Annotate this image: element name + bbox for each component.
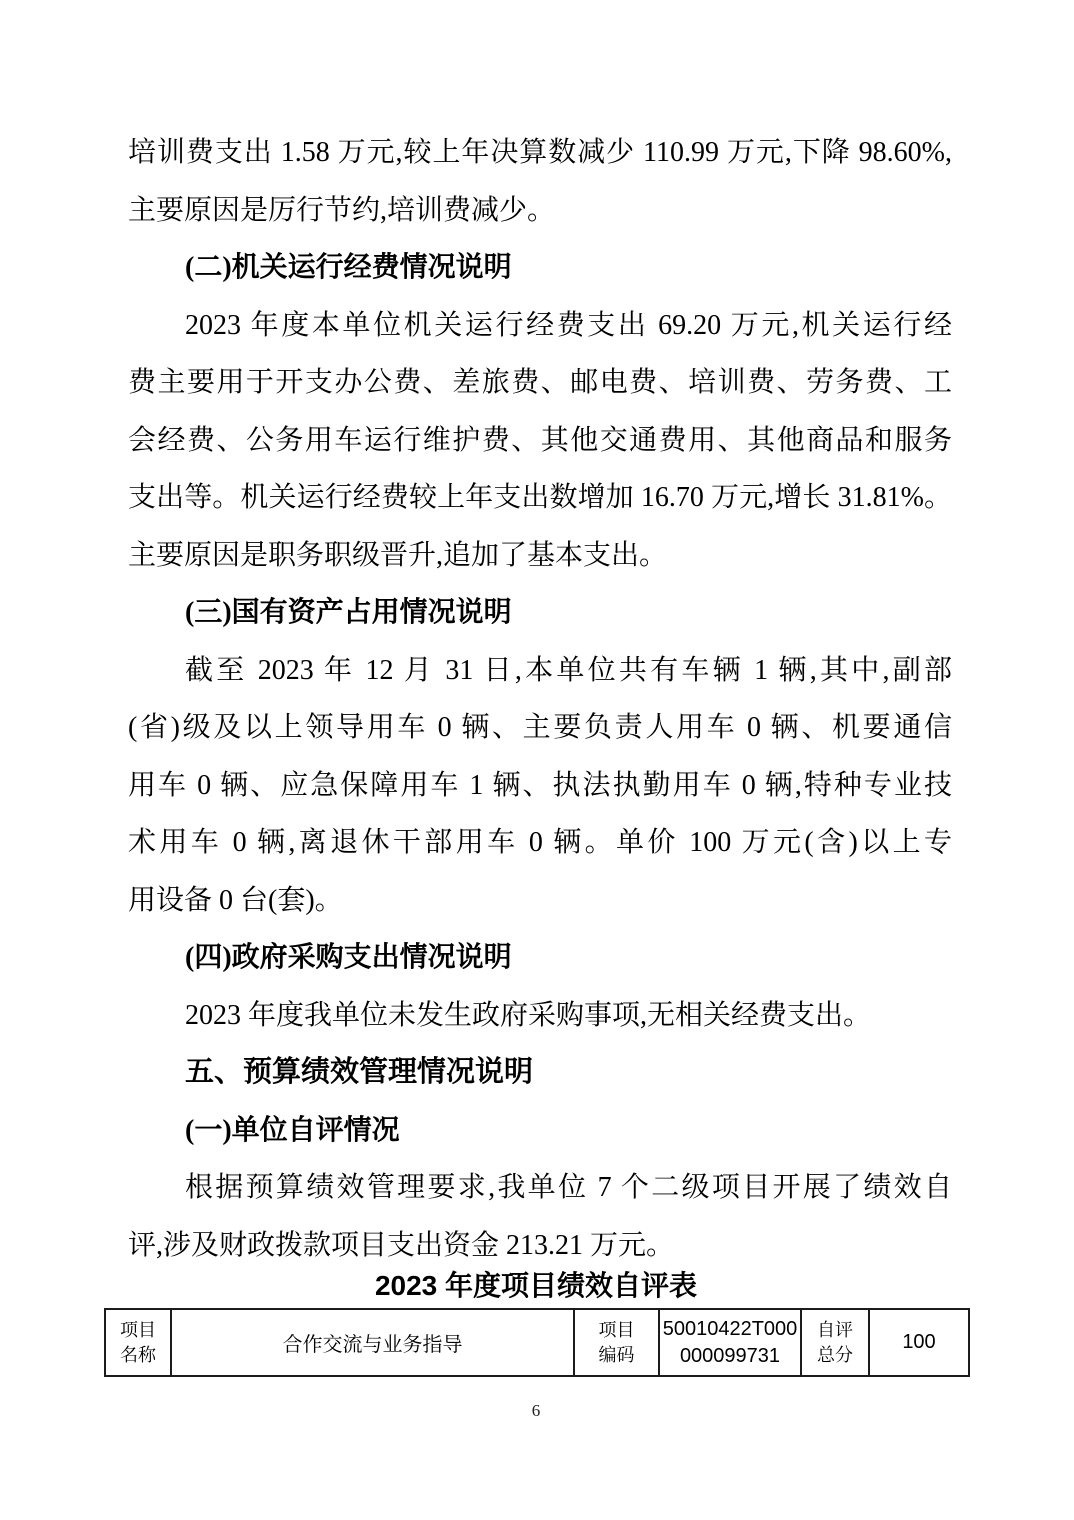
paragraph3-line5: 用设备 0 台(套)。 bbox=[128, 872, 952, 930]
section-heading-state-assets: (三)国有资产占用情况说明 bbox=[128, 584, 952, 642]
paragraph3-line4: 术用车 0 辆,离退休干部用车 0 辆。单价 100 万元(含)以上专 bbox=[128, 814, 952, 872]
project-name-value: 合作交流与业务指导 bbox=[171, 1309, 574, 1376]
table-row: 项目名称 合作交流与业务指导 项目编码 50010422T00000009973… bbox=[105, 1309, 969, 1376]
paragraph2-line4: 支出等。机关运行经费较上年支出数增加 16.70 万元,增长 31.81%。 bbox=[128, 469, 952, 527]
paragraph2-line2: 费主要用于开支办公费、差旅费、邮电费、培训费、劳务费、工 bbox=[128, 354, 952, 412]
document-page: 培训费支出 1.58 万元,较上年决算数减少 110.99 万元,下降 98.6… bbox=[0, 0, 1074, 1520]
paragraph5-line1: 根据预算绩效管理要求,我单位 7 个二级项目开展了绩效自 bbox=[128, 1159, 952, 1217]
self-score-label: 自评总分 bbox=[801, 1309, 869, 1376]
page-content: 培训费支出 1.58 万元,较上年决算数减少 110.99 万元,下降 98.6… bbox=[104, 124, 968, 1421]
paragraph3-line3: 用车 0 辆、应急保障用车 1 辆、执法执勤用车 0 辆,特种专业技 bbox=[128, 757, 952, 815]
project-name-label: 项目名称 bbox=[105, 1309, 171, 1376]
project-code-label: 项目编码 bbox=[574, 1309, 659, 1376]
paragraph2-line1: 2023 年度本单位机关运行经费支出 69.20 万元,机关运行经 bbox=[128, 297, 952, 355]
paragraph2-line3: 会经费、公务用车运行维护费、其他交通费用、其他商品和服务 bbox=[128, 412, 952, 470]
self-evaluation-table: 项目名称 合作交流与业务指导 项目编码 50010422T00000009973… bbox=[104, 1308, 970, 1377]
paragraph4-line1: 2023 年度我单位未发生政府采购事项,无相关经费支出。 bbox=[128, 987, 952, 1045]
section-heading-self-evaluation: (一)单位自评情况 bbox=[128, 1102, 952, 1160]
self-score-value: 100 bbox=[869, 1309, 969, 1376]
section-heading-budget-performance: 五、预算绩效管理情况说明 bbox=[128, 1044, 952, 1102]
paragraph1-line1: 培训费支出 1.58 万元,较上年决算数减少 110.99 万元,下降 98.6… bbox=[128, 124, 952, 182]
section-heading-government-procurement: (四)政府采购支出情况说明 bbox=[128, 929, 952, 987]
page-number: 6 bbox=[104, 1401, 968, 1421]
project-code-value: 50010422T000000099731 bbox=[659, 1309, 801, 1376]
paragraph1-line2: 主要原因是厉行节约,培训费减少。 bbox=[128, 182, 952, 240]
section-heading-agency-operating-costs: (二)机关运行经费情况说明 bbox=[128, 239, 952, 297]
paragraph3-line2: (省)级及以上领导用车 0 辆、主要负责人用车 0 辆、机要通信 bbox=[128, 699, 952, 757]
paragraph3-line1: 截至 2023 年 12 月 31 日,本单位共有车辆 1 辆,其中,副部 bbox=[128, 642, 952, 700]
paragraph2-line5: 主要原因是职务职级晋升,追加了基本支出。 bbox=[128, 527, 952, 585]
